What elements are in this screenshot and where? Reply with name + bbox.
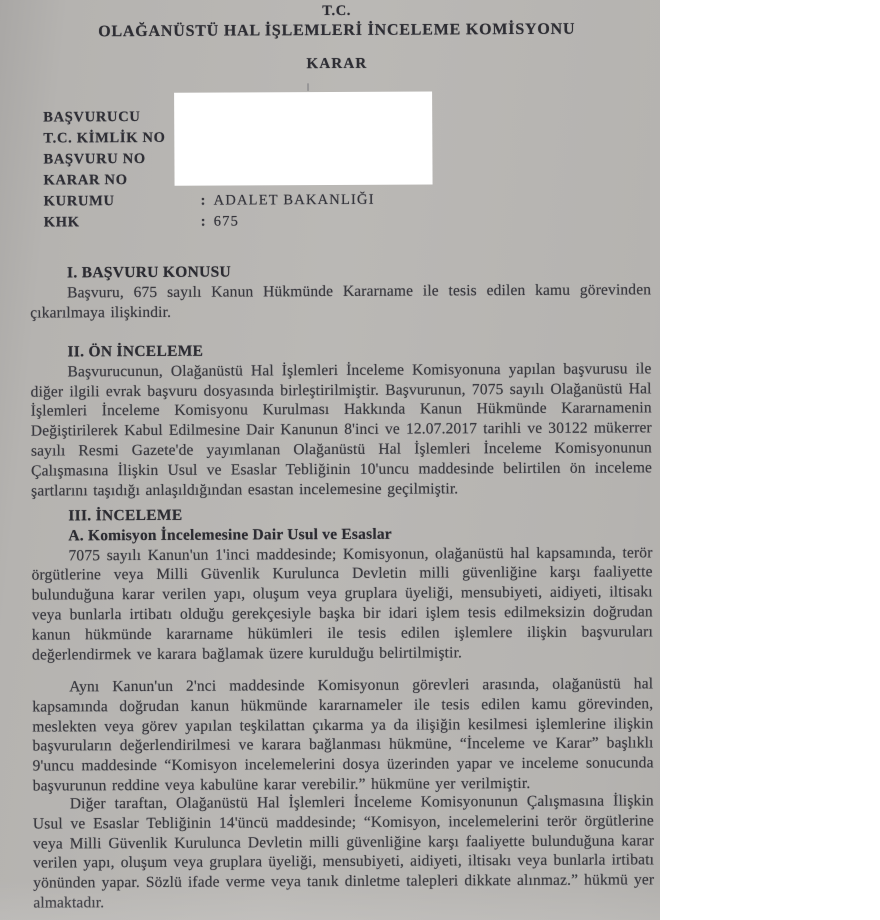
field-label: KURUMU	[44, 191, 201, 213]
section-inceleme-paragraph-3: Diğer taraftan, Olağanüstü Hal İşlemleri…	[33, 791, 655, 913]
header-tc: T.C.	[28, 1, 646, 21]
section-paragraph: 7075 sayılı Kanun'un 1'inci maddesinde; …	[31, 543, 653, 665]
section-on-inceleme: II. ÖN İNCELEME Başvurucunun, Olağanüstü…	[30, 339, 652, 501]
field-row-kurumu: KURUMU : ADALET BAKANLIĞI	[44, 190, 375, 213]
header-karar: KARAR	[28, 54, 646, 74]
redaction-box	[174, 91, 432, 185]
section-paragraph: Başvuru, 675 sayılı Kanun Hükmünde Karar…	[30, 280, 651, 323]
field-separator: :	[201, 212, 214, 233]
field-separator: :	[201, 191, 214, 212]
field-value: 675	[214, 211, 239, 232]
section-basvuru-konusu: I. BAŞVURU KONUSU Başvuru, 675 sayılı Ka…	[30, 260, 651, 323]
scan-artifact	[307, 83, 309, 91]
field-value: ADALET BAKANLIĞI	[214, 190, 375, 212]
document-content: T.C. OLAĞANÜSTÜ HAL İŞLEMLERİ İNCELEME K…	[0, 0, 660, 920]
scan-white-margin	[660, 0, 880, 920]
section-inceleme-paragraph-2: Aynı Kanun'un 2'nci maddesinde Komisyonu…	[32, 674, 654, 796]
section-paragraph: Diğer taraftan, Olağanüstü Hal İşlemleri…	[33, 791, 655, 913]
section-inceleme: III. İNCELEME A. Komisyon İncelemesine D…	[31, 503, 653, 665]
section-paragraph: Başvurucunun, Olağanüstü Hal İşlemleri İ…	[30, 359, 652, 501]
document-header: T.C. OLAĞANÜSTÜ HAL İŞLEMLERİ İNCELEME K…	[28, 1, 646, 41]
paper-scan: T.C. OLAĞANÜSTÜ HAL İŞLEMLERİ İNCELEME K…	[0, 0, 660, 920]
section-paragraph: Aynı Kanun'un 2'nci maddesinde Komisyonu…	[32, 674, 654, 796]
header-commission-title: OLAĞANÜSTÜ HAL İŞLEMLERİ İNCELEME KOMİSY…	[28, 20, 646, 41]
field-row-khk: KHK : 675	[44, 211, 375, 234]
field-label: KHK	[44, 212, 201, 234]
scanned-document-page: T.C. OLAĞANÜSTÜ HAL İŞLEMLERİ İNCELEME K…	[0, 0, 880, 920]
